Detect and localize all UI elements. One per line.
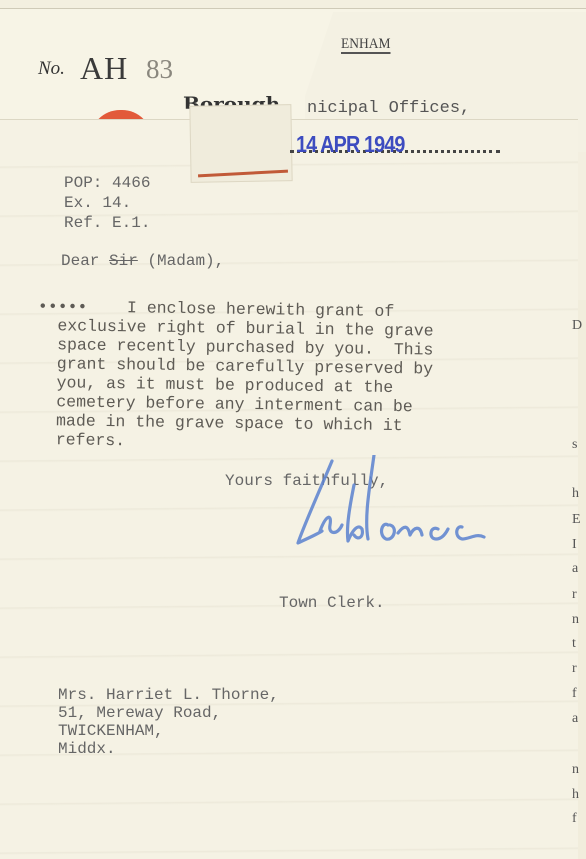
underlying-text-fragment: t <box>572 636 586 652</box>
certificate-number-label: No. <box>38 58 65 80</box>
underlying-text-fragment: I <box>572 537 586 553</box>
recipient-street: 51, Mereway Road, <box>58 704 279 722</box>
recipient-name: Mrs. Harriet L. Thorne, <box>58 686 279 704</box>
underlying-text-fragment: n <box>572 612 586 628</box>
certificate-number-prefix: AH <box>80 50 128 87</box>
reference-extension: Ex. 14. <box>64 193 150 213</box>
salutation: Dear Sir (Madam), <box>61 252 224 270</box>
salutation-struck-word: Sir <box>109 252 138 270</box>
certificate-number-value: 83 <box>146 54 173 85</box>
salutation-prefix: Dear <box>61 252 109 270</box>
underlying-text-fragment: h <box>572 787 586 803</box>
date-stamp: 14 APR 1949 <box>296 131 405 158</box>
recipient-county: Middx. <box>58 740 279 758</box>
reference-block: POP: 4466 Ex. 14. Ref. E.1. <box>64 173 150 233</box>
letter-body: ••••• I enclose herewith grant of exclus… <box>36 297 528 456</box>
underlying-text-fragment: h <box>572 486 586 502</box>
underlying-text-fragment: f <box>572 686 586 702</box>
recipient-address: Mrs. Harriet L. Thorne, 51, Mereway Road… <box>58 686 279 758</box>
underlying-text-fragment: r <box>572 587 586 603</box>
underlying-text-fragment: f <box>572 811 586 827</box>
underlying-text-fragment: E <box>572 512 586 528</box>
offices-address-fragment: nicipal Offices, <box>307 99 470 118</box>
underlying-text-fragment: s <box>572 437 586 453</box>
signatory-title: Town Clerk. <box>279 594 385 612</box>
underlying-text-fragment: n <box>572 762 586 778</box>
signature-icon <box>292 455 492 555</box>
reference-pop: POP: 4466 <box>64 173 150 193</box>
underlying-text-fragment: r <box>572 661 586 677</box>
salutation-suffix: (Madam), <box>138 252 224 270</box>
underlying-text-fragment: a <box>572 561 586 577</box>
underlying-text-fragment: D <box>572 318 586 334</box>
authority-name-fragment: ENHAM <box>341 37 391 54</box>
recipient-town: TWICKENHAM, <box>58 722 279 740</box>
underlying-text-fragment: a <box>572 711 586 727</box>
reference-code: Ref. E.1. <box>64 213 150 233</box>
